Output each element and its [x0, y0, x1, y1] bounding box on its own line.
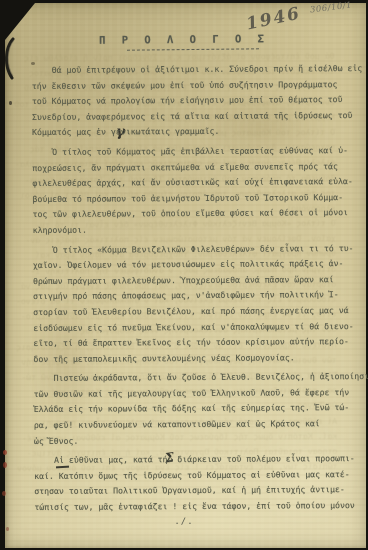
- ink-speck: [6, 527, 9, 531]
- ink-speck: [3, 450, 7, 455]
- text-line: εῖτο, τί θά ἔπραττεν Ἐκεῖνος εἰς τήν τόσ…: [33, 334, 361, 352]
- text-line: Αἱ εὐθῦναι μας, κατά τήν διάρκειαν τοῦ π…: [34, 451, 362, 469]
- paragraph: Θά μοῦ ἐπιτρέψουν οἱ ἀξιότιμοι κ.κ. Σύνε…: [32, 61, 360, 141]
- text-line: στιγμήν πρό πάσης ἀποφάσεως μας, ν'ἀναδι…: [33, 287, 361, 305]
- text-line: ὡς Ἔθνος.: [34, 432, 362, 450]
- ink-speck: [3, 462, 7, 468]
- text-line: φιλελευθέρας ἀρχάς, καί ἄν οὐσιαστικῶς κ…: [32, 174, 360, 192]
- text-line: τώπισίς των, μᾶς ἐνταφιάζει ! εἰς ἕνα τά…: [34, 498, 362, 516]
- text-line: δον τῆς μεταπολεμικῆς συντελουμένης νέας…: [33, 350, 361, 368]
- text-line: Θά μοῦ ἐπιτρέψουν οἱ ἀξιότιμοι κ.κ. Σύνε…: [32, 61, 360, 79]
- paragraph: Πιστεύω ἀκράδαντα, ὅτι ἄν ζοῦσε ὁ Ἐλευθ.…: [33, 369, 361, 449]
- text-line: ρα, φεῦ! κινδυνεύομεν νά καταποντισθῶμεν…: [34, 416, 362, 434]
- text-line: κληρονόμοι.: [33, 221, 361, 239]
- document-body: Θά μοῦ ἐπιτρέψουν οἱ ἀξιότιμοι κ.κ. Σύνε…: [32, 61, 363, 520]
- paragraph: Ὁ τίτλος τοῦ Κόμματος μᾶς ἐπιβάλλει τερα…: [32, 143, 361, 239]
- paragraph: Αἱ εὐθῦναι μας, κατά τήν διάρκειαν τοῦ π…: [34, 451, 362, 515]
- text-line: στορίαν τοῦ Ἐλευθερίου Βενιζέλου, καί πρ…: [33, 303, 361, 321]
- text-line: τος τῶν φιλελευθέρων, τοῦ ὁποίου εἴμεθα …: [32, 205, 360, 223]
- text-line: τοῦ Κόμματος νά προλογίσω τήν εἰσήγησιν …: [32, 92, 360, 110]
- ink-speck: [2, 491, 6, 496]
- text-line: Κόμματός μας ἐν γενικωτάταις γραμμαῖς.: [32, 123, 360, 141]
- text-line: Πιστεύω ἀκράδαντα, ὅτι ἄν ζοῦσε ὁ Ἐλευθ.…: [33, 369, 361, 387]
- paragraph: Ὁ τίτλος «Κόμμα Βενιζελικῶν Φιλελευθέρων…: [33, 241, 362, 368]
- text-line: Ὁ τίτλος τοῦ Κόμματος μᾶς ἐπιβάλλει τερα…: [32, 143, 360, 161]
- ink-speck: [9, 101, 12, 105]
- text-line: χαῖον. Ὀφείλομεν νά τόν μετουσιώσωμεν εἰ…: [33, 256, 361, 274]
- text-line: Συνεδρίου, ἀναφερόμενος εἰς τά αἴτια καί…: [32, 108, 360, 126]
